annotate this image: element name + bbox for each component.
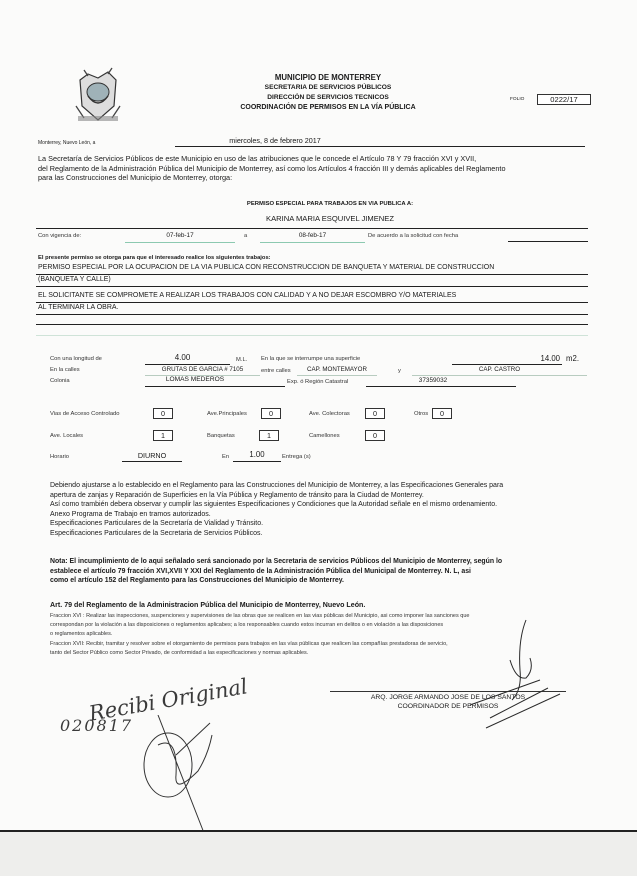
permit-title: PERMISO ESPECIAL PARA TRABAJOS EN VIA PU… bbox=[150, 201, 510, 207]
between-2-underline bbox=[412, 375, 587, 376]
validity-from: 07-feb-17 bbox=[125, 232, 235, 239]
between-street-1: CAP. MONTEMAYOR bbox=[297, 366, 377, 373]
en-label: En bbox=[222, 454, 229, 460]
intro-line: para las Construcciones del Municipio de… bbox=[38, 173, 506, 183]
exp-label: Exp. ó Región Catastral bbox=[287, 379, 348, 385]
works-line-4: AL TERMINAR LA OBRA. bbox=[38, 304, 119, 311]
otros-count: 0 bbox=[432, 408, 452, 419]
condition-line: apertura de zanjas y Reparación de Super… bbox=[50, 491, 503, 501]
request-date-label: De acuerdo a la solicitud con fecha bbox=[368, 233, 458, 239]
validity-to-label: a bbox=[244, 233, 247, 239]
place-label: Monterrey, Nuevo León, a bbox=[38, 140, 95, 146]
article-title: Art. 79 del Reglamento de la Administrac… bbox=[50, 601, 365, 609]
folio-number: 0222/17 bbox=[537, 94, 591, 105]
note-line: establece el artículo 79 fracción XVI,XV… bbox=[50, 567, 502, 577]
works-underline bbox=[36, 335, 588, 336]
works-underline bbox=[36, 302, 588, 303]
article-line: tanto del Sector Público como Sector Pri… bbox=[50, 649, 469, 658]
horario-underline bbox=[122, 461, 182, 462]
folio-label: FOLIO bbox=[510, 97, 524, 102]
from-underline bbox=[125, 242, 235, 243]
ave-locales-count: 1 bbox=[153, 430, 173, 441]
works-underline bbox=[36, 324, 588, 325]
article-line: Fraccion XVII: Recibir, tramitar y resol… bbox=[50, 640, 469, 649]
condition-line: Especificaciones Particulares de la Secr… bbox=[50, 529, 503, 539]
validity-to: 08-feb-17 bbox=[260, 232, 365, 239]
horario-label: Horario bbox=[50, 454, 69, 460]
note-block: Nota: El incumplimiento de lo aqui señal… bbox=[50, 557, 502, 586]
note-line: como el artículo 152 del Reglamento para… bbox=[50, 576, 502, 586]
municipio-title: MUNICIPIO DE MONTERREY bbox=[198, 73, 458, 82]
works-line-2: (BANQUETA Y CALLE) bbox=[38, 276, 111, 283]
works-underline bbox=[36, 274, 588, 275]
camellones-label: Camellones bbox=[309, 433, 340, 439]
note-line: Nota: El incumplimiento de lo aqui señal… bbox=[50, 557, 502, 567]
recipient-signature-icon bbox=[138, 715, 248, 835]
between-label: entre calles bbox=[261, 368, 291, 374]
and-label: y bbox=[398, 368, 401, 374]
entregas-underline bbox=[233, 461, 281, 462]
works-underline bbox=[36, 286, 588, 287]
banquetas-count: 1 bbox=[259, 430, 279, 441]
street-label: En la calles bbox=[50, 367, 80, 373]
article-block: Fraccion XVI : Realizar las inspecciones… bbox=[50, 612, 469, 658]
secretaria-title: SECRETARIA DE SERVICIOS PÚBLICOS bbox=[198, 84, 458, 91]
article-line: o reglamentos aplicables. bbox=[50, 630, 469, 639]
surface-unit: m2. bbox=[566, 354, 579, 363]
intro-line: La Secretaría de Servicios Públicos de e… bbox=[38, 154, 506, 164]
ave-colectoras-label: Ave. Colectoras bbox=[309, 411, 350, 417]
ave-principales-count: 0 bbox=[261, 408, 281, 419]
works-underline bbox=[36, 314, 588, 315]
vias-acceso-label: Vias de Acceso Controlado bbox=[50, 411, 120, 417]
date-underline bbox=[175, 146, 585, 147]
camellones-count: 0 bbox=[365, 430, 385, 441]
surface-value: 14.00 bbox=[460, 354, 560, 363]
between-1-underline bbox=[297, 375, 377, 376]
coordinator-signature-icon bbox=[430, 600, 570, 730]
exp-underline bbox=[366, 386, 516, 387]
length-underline bbox=[145, 364, 230, 365]
surface-label: En la que se interrumpe una superficie bbox=[261, 356, 360, 362]
validity-label: Con vigencia de: bbox=[38, 233, 81, 239]
condition-line: Especificaciones Particulares de la Secr… bbox=[50, 519, 503, 529]
intro-line: del Reglamento de la Administración Públ… bbox=[38, 164, 506, 174]
intro-paragraph: La Secretaría de Servicios Públicos de e… bbox=[38, 154, 506, 183]
coat-of-arms-icon bbox=[74, 66, 122, 126]
received-date-note: 020817 bbox=[60, 716, 133, 735]
condition-line: Así como trambién debera observar y cump… bbox=[50, 500, 503, 510]
surface-underline bbox=[452, 364, 562, 365]
colonia-underline bbox=[145, 386, 285, 387]
horario-value: DIURNO bbox=[122, 451, 182, 460]
ave-locales-label: Ave. Locales bbox=[50, 433, 83, 439]
grantee-name: KARINA MARIA ESQUIVEL JIMENEZ bbox=[150, 214, 510, 223]
length-value: 4.00 bbox=[145, 353, 220, 362]
direccion-title: DIRECCIÓN DE SERVICIOS TECNICOS bbox=[198, 94, 458, 101]
street-value: GRUTAS DE GARCIA # 7105 bbox=[145, 366, 260, 373]
scan-margin bbox=[0, 830, 637, 876]
entregas-label: Entrega (s) bbox=[282, 454, 311, 460]
colonia-label: Colonia bbox=[50, 378, 70, 384]
grantee-underline bbox=[36, 228, 588, 229]
between-street-2: CAP. CASTRO bbox=[412, 366, 587, 373]
exp-value: 37359032 bbox=[368, 377, 498, 384]
works-line-1: PERMISO ESPECIAL POR LA OCUPACION DE LA … bbox=[38, 264, 494, 271]
issue-date: miercoles, 8 de febrero 2017 bbox=[175, 136, 375, 145]
entregas-value: 1.00 bbox=[233, 450, 281, 459]
ave-colectoras-count: 0 bbox=[365, 408, 385, 419]
works-label: El presente permiso se otorga para que e… bbox=[38, 255, 271, 261]
banquetas-label: Banquetas bbox=[207, 433, 235, 439]
vias-acceso-count: 0 bbox=[153, 408, 173, 419]
otros-label: Otros bbox=[414, 411, 428, 417]
condition-line: Anexo Programa de Trabajo en tramos auto… bbox=[50, 510, 503, 520]
works-line-3: EL SOLICITANTE SE COMPROMETE A REALIZAR … bbox=[38, 292, 456, 299]
article-line: correspondan por la violación a las disp… bbox=[50, 621, 469, 630]
condition-line: Debiendo ajustarse a lo establecido en e… bbox=[50, 481, 503, 491]
colonia-value: LOMAS MEDEROS bbox=[145, 376, 245, 383]
coordinacion-title: COORDINACIÓN DE PERMISOS EN LA VÍA PÚBLI… bbox=[198, 104, 458, 111]
article-line: Fraccion XVI : Realizar las inspecciones… bbox=[50, 612, 469, 621]
length-label: Con una longitud de bbox=[50, 356, 102, 362]
conditions-block: Debiendo ajustarse a lo establecido en e… bbox=[50, 481, 503, 538]
length-unit: M.L. bbox=[236, 357, 247, 363]
to-underline bbox=[260, 242, 365, 243]
permit-document: MUNICIPIO DE MONTERREY SECRETARIA DE SER… bbox=[0, 0, 637, 830]
request-date-field bbox=[508, 241, 588, 242]
ave-principales-label: Ave.Principales bbox=[207, 411, 247, 417]
